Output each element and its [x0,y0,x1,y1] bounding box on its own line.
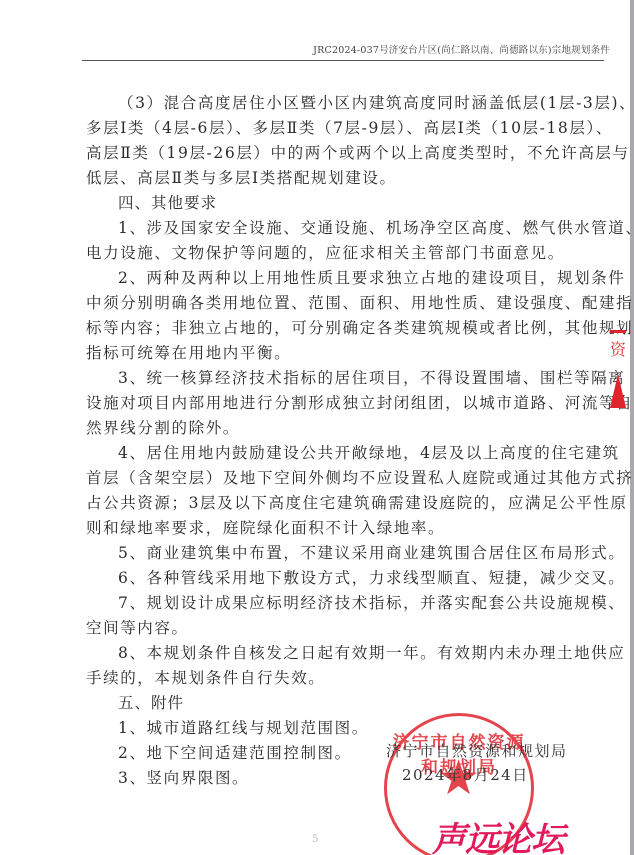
seal-bar [610,330,626,333]
item-line: 3、统一核算经济技术指标的居住项目，不得设置围墙、围栏等隔离 [86,366,596,391]
item-line: 然界线分割的除外。 [86,416,596,441]
page-number: 5 [312,834,318,845]
side-seal-char: 资 [606,337,630,360]
item-line: 首层（含架空层）及地下空间外侧均不应设置私人庭院或通过其他方式挤 [86,466,596,491]
header-divider [82,60,604,61]
side-seal: 资 [606,330,630,408]
item-line: 5、商业建筑集中布置，不建议采用商业建筑围合居住区布局形式。 [86,541,596,566]
item-line: 标等内容；非独立占地的，可分别确定各类建筑规模或者比例，其他规划 [86,316,596,341]
section-heading: 五、附件 [86,691,596,716]
item-line: 1、涉及国家安全设施、交通设施、机场净空区高度、燃气供水管道、 [86,216,596,241]
seal-fragment-icon [610,374,626,408]
item-line: 中须分别明确各类用地位置、范围、面积、用地性质、建设强度、配建指 [86,291,596,316]
signature-organization: 济宁市自然资源和规划局 [386,740,568,761]
item-line: 6、各种管线采用地下敷设方式，力求线型顺直、短捷，减少交叉。 [86,566,596,591]
item-line: 7、规划设计成果应标明经济技术指标，并落实配套公共设施规模、 [86,591,596,616]
item-line: 设施对项目内部用地进行分割形成独立封闭组团，以城市道路、河流等自 [86,391,596,416]
paragraph-line: （3）混合高度居住小区暨小区内建筑高度同时涵盖低层(1层-3层)、 [86,91,596,116]
item-line: 则和绿地率要求，庭院绿化面积不计入绿地率。 [86,516,596,541]
item-line: 2、两种及两种以上用地性质且要求独立占地的建设项目，规划条件 [86,266,596,291]
item-line: 电力设施、文物保护等问题的，应征求相关主管部门书面意见。 [86,241,596,266]
signature-date: 2024年8月24日 [402,764,529,785]
section-heading: 四、其他要求 [86,191,596,216]
document-body: （3）混合高度居住小区暨小区内建筑高度同时涵盖低层(1层-3层)、 多层Ⅰ类（4… [86,91,596,791]
scrollbar[interactable] [630,0,634,855]
document-header: JRC2024-037号济安台片区(尚仁路以南、尚德路以东)宗地规划条件 [24,42,610,56]
item-line: 指标可统筹在用地内平衡。 [86,341,596,366]
item-line: 空间等内容。 [86,616,596,641]
watermark-logo: 声远论坛 [432,812,564,855]
paragraph-line: 低层、高层Ⅱ类与多层Ⅰ类搭配规划建设。 [86,166,596,191]
item-line: 手续的，本规划条件自行失效。 [86,666,596,691]
paragraph-line: 高层Ⅱ类（19层-26层）中的两个或两个以上高度类型时，不允许高层与 [86,141,596,166]
item-line: 4、居住用地内鼓励建设公共开敞绿地，4层及以上高度的住宅建筑 [86,441,596,466]
item-line: 占公共资源；3层及以下高度住宅建筑确需建设庭院的，应满足公平性原 [86,491,596,516]
item-line: 8、本规划条件自核发之日起有效期一年。有效期内未办理土地供应 [86,641,596,666]
paragraph-line: 多层Ⅰ类（4层-6层）、多层Ⅱ类（7层-9层）、高层Ⅰ类（10层-18层）、 [86,116,596,141]
